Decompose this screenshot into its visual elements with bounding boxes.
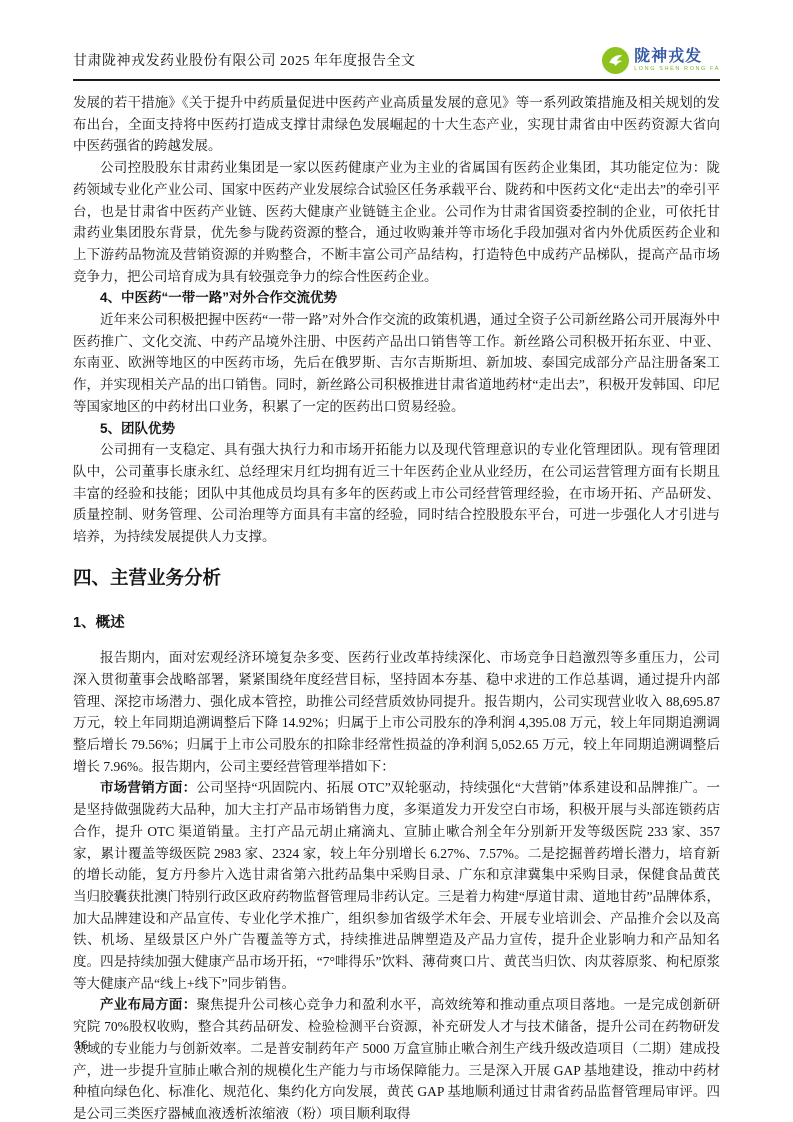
heading-belt-and-road-advantage: 4、中医药“一带一路”对外合作交流优势	[73, 287, 720, 309]
paragraph-industry-layout: 产业布局方面：聚焦提升公司核心竞争力和盈利水平，高效统筹和推动重点项目落地。一是…	[73, 994, 720, 1122]
page-footer: 16	[75, 1037, 88, 1053]
marketing-lead-label: 市场营销方面：	[100, 780, 196, 795]
logo-en-text: LONG SHEN RONG FA	[634, 67, 720, 73]
page-header: 甘肃陇神戎发药业股份有限公司 2025 年年度报告全文 陇神戎发 LONG SH…	[73, 0, 720, 74]
heading-overview: 1、概述	[73, 613, 720, 635]
paragraph-belt-and-road: 近年来公司积极把握中医药“一带一路”对外合作交流的政策机遇，通过全资子公司新丝路…	[73, 309, 720, 418]
heading-main-business-analysis: 四、主营业务分析	[73, 564, 720, 592]
paragraph-marketing: 市场营销方面：公司坚持“巩固院内、拓展 OTC”双轮驱动，持续强化“大营销”体系…	[73, 777, 720, 994]
industry-layout-lead-label: 产业布局方面：	[100, 997, 197, 1012]
company-logo: 陇神戎发 LONG SHEN RONG FA	[602, 47, 720, 74]
report-page: 甘肃陇神戎发药业股份有限公司 2025 年年度报告全文 陇神戎发 LONG SH…	[0, 0, 793, 1122]
logo-cn-text: 陇神戎发	[634, 49, 720, 65]
paragraph-marketing-text: 公司坚持“巩固院内、拓展 OTC”双轮驱动，持续强化“大营销”体系建设和品牌推广…	[73, 780, 720, 990]
page-number: 16	[75, 1037, 88, 1052]
report-body: 发展的若干措施》《关于提升中药质量促进中医药产业高质量发展的意见》等一系列政策措…	[73, 81, 720, 1122]
heading-team-advantage: 5、团队优势	[73, 418, 720, 440]
paragraph-reporting-period-results: 报告期内，面对宏观经济环境复杂多变、医药行业改革持续深化、市场竞争日趋激烈等多重…	[73, 647, 720, 777]
paragraph-industry-layout-text: 聚焦提升公司核心竞争力和盈利水平，高效统筹和推动重点项目落地。一是完成创新研究院…	[73, 997, 720, 1121]
paragraph-controlling-shareholder: 公司控股股东甘肃药业集团是一家以医药健康产业为主业的省属国有医药企业集团，其功能…	[73, 157, 720, 287]
paragraph-policy-continuation: 发展的若干措施》《关于提升中药质量促进中医药产业高质量发展的意见》等一系列政策措…	[73, 92, 720, 157]
paragraph-team: 公司拥有一支稳定、具有强大执行力和市场开拓能力以及现代管理意识的专业化管理团队。…	[73, 439, 720, 548]
report-header-title: 甘肃陇神戎发药业股份有限公司 2025 年年度报告全文	[73, 50, 416, 72]
logo-bird-icon	[602, 47, 629, 74]
logo-text: 陇神戎发 LONG SHEN RONG FA	[634, 49, 720, 73]
